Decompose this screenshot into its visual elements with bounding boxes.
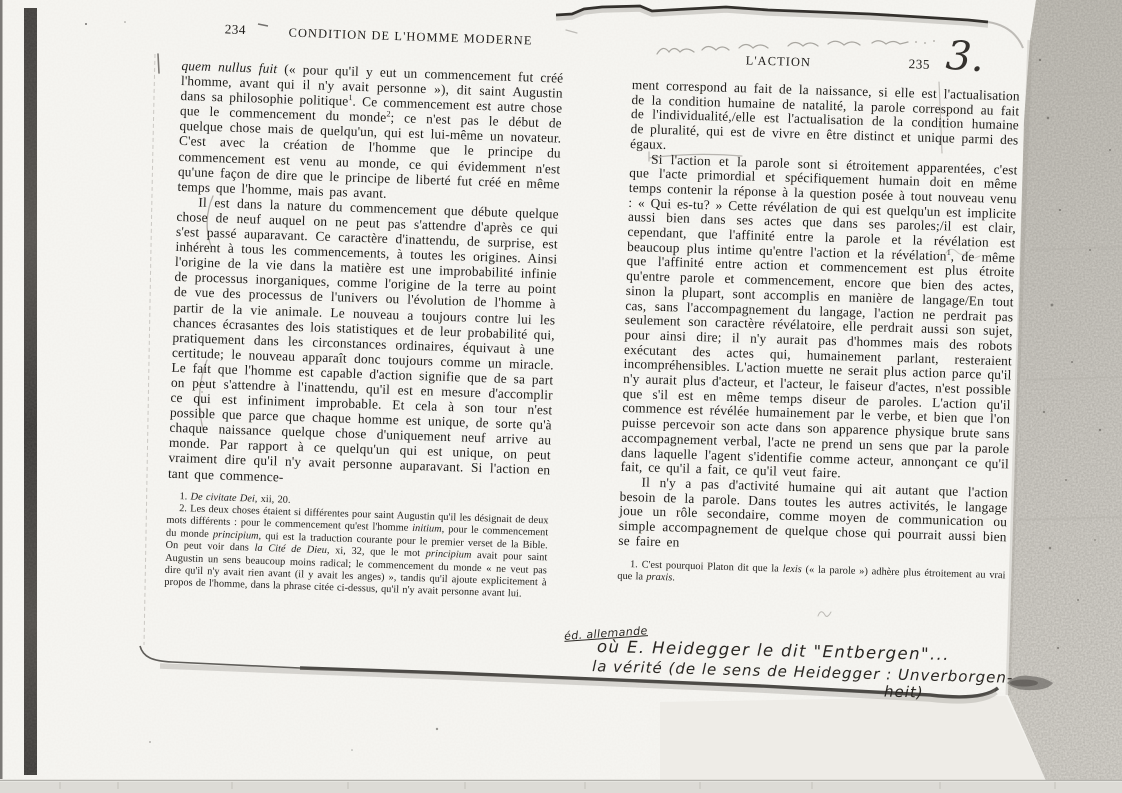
page-left-body: quem nullus fuit (« pour qu'il y eut un … [168, 58, 564, 493]
binding-bar [24, 8, 37, 775]
running-title-right: L'ACTION [745, 53, 811, 70]
body-paragraph: Il est dans la nature du commencement qu… [168, 194, 559, 493]
scanned-document: 234 CONDITION DE L'HOMME MODERNE quem nu… [0, 0, 1122, 793]
footnote: 2. Les deux choses étaient si différente… [164, 503, 549, 602]
page-right: L'ACTION 235 ment correspond au fait de … [617, 48, 1021, 595]
page-right-body: ment correspond au fait de la naissance,… [618, 78, 1020, 560]
scan-bottom-edge [0, 781, 1122, 793]
page-number-right: 235 [908, 56, 930, 73]
bottom-right-shadow-wash [660, 696, 1046, 781]
page-left: 234 CONDITION DE L'HOMME MODERNE quem nu… [164, 20, 565, 602]
body-paragraph: Si l'action et la parole sont si étroite… [620, 151, 1017, 486]
noise-strip [1008, 0, 1122, 781]
scan-left-edge [0, 0, 3, 779]
handwritten-note-line3: heit) [884, 682, 924, 701]
body-paragraph: quem nullus fuit (« pour qu'il y eut un … [177, 58, 563, 206]
body-paragraph: Il n'y a pas d'activité humaine qui ait … [618, 475, 1008, 560]
handwritten-page-mark: 3. [944, 33, 985, 82]
page-left-footnotes: 1. De civitate Dei, xii, 20. 2. Les deux… [164, 490, 549, 602]
page-number-left: 234 [224, 21, 246, 38]
body-paragraph: ment correspond au fait de la naissance,… [630, 78, 1020, 163]
